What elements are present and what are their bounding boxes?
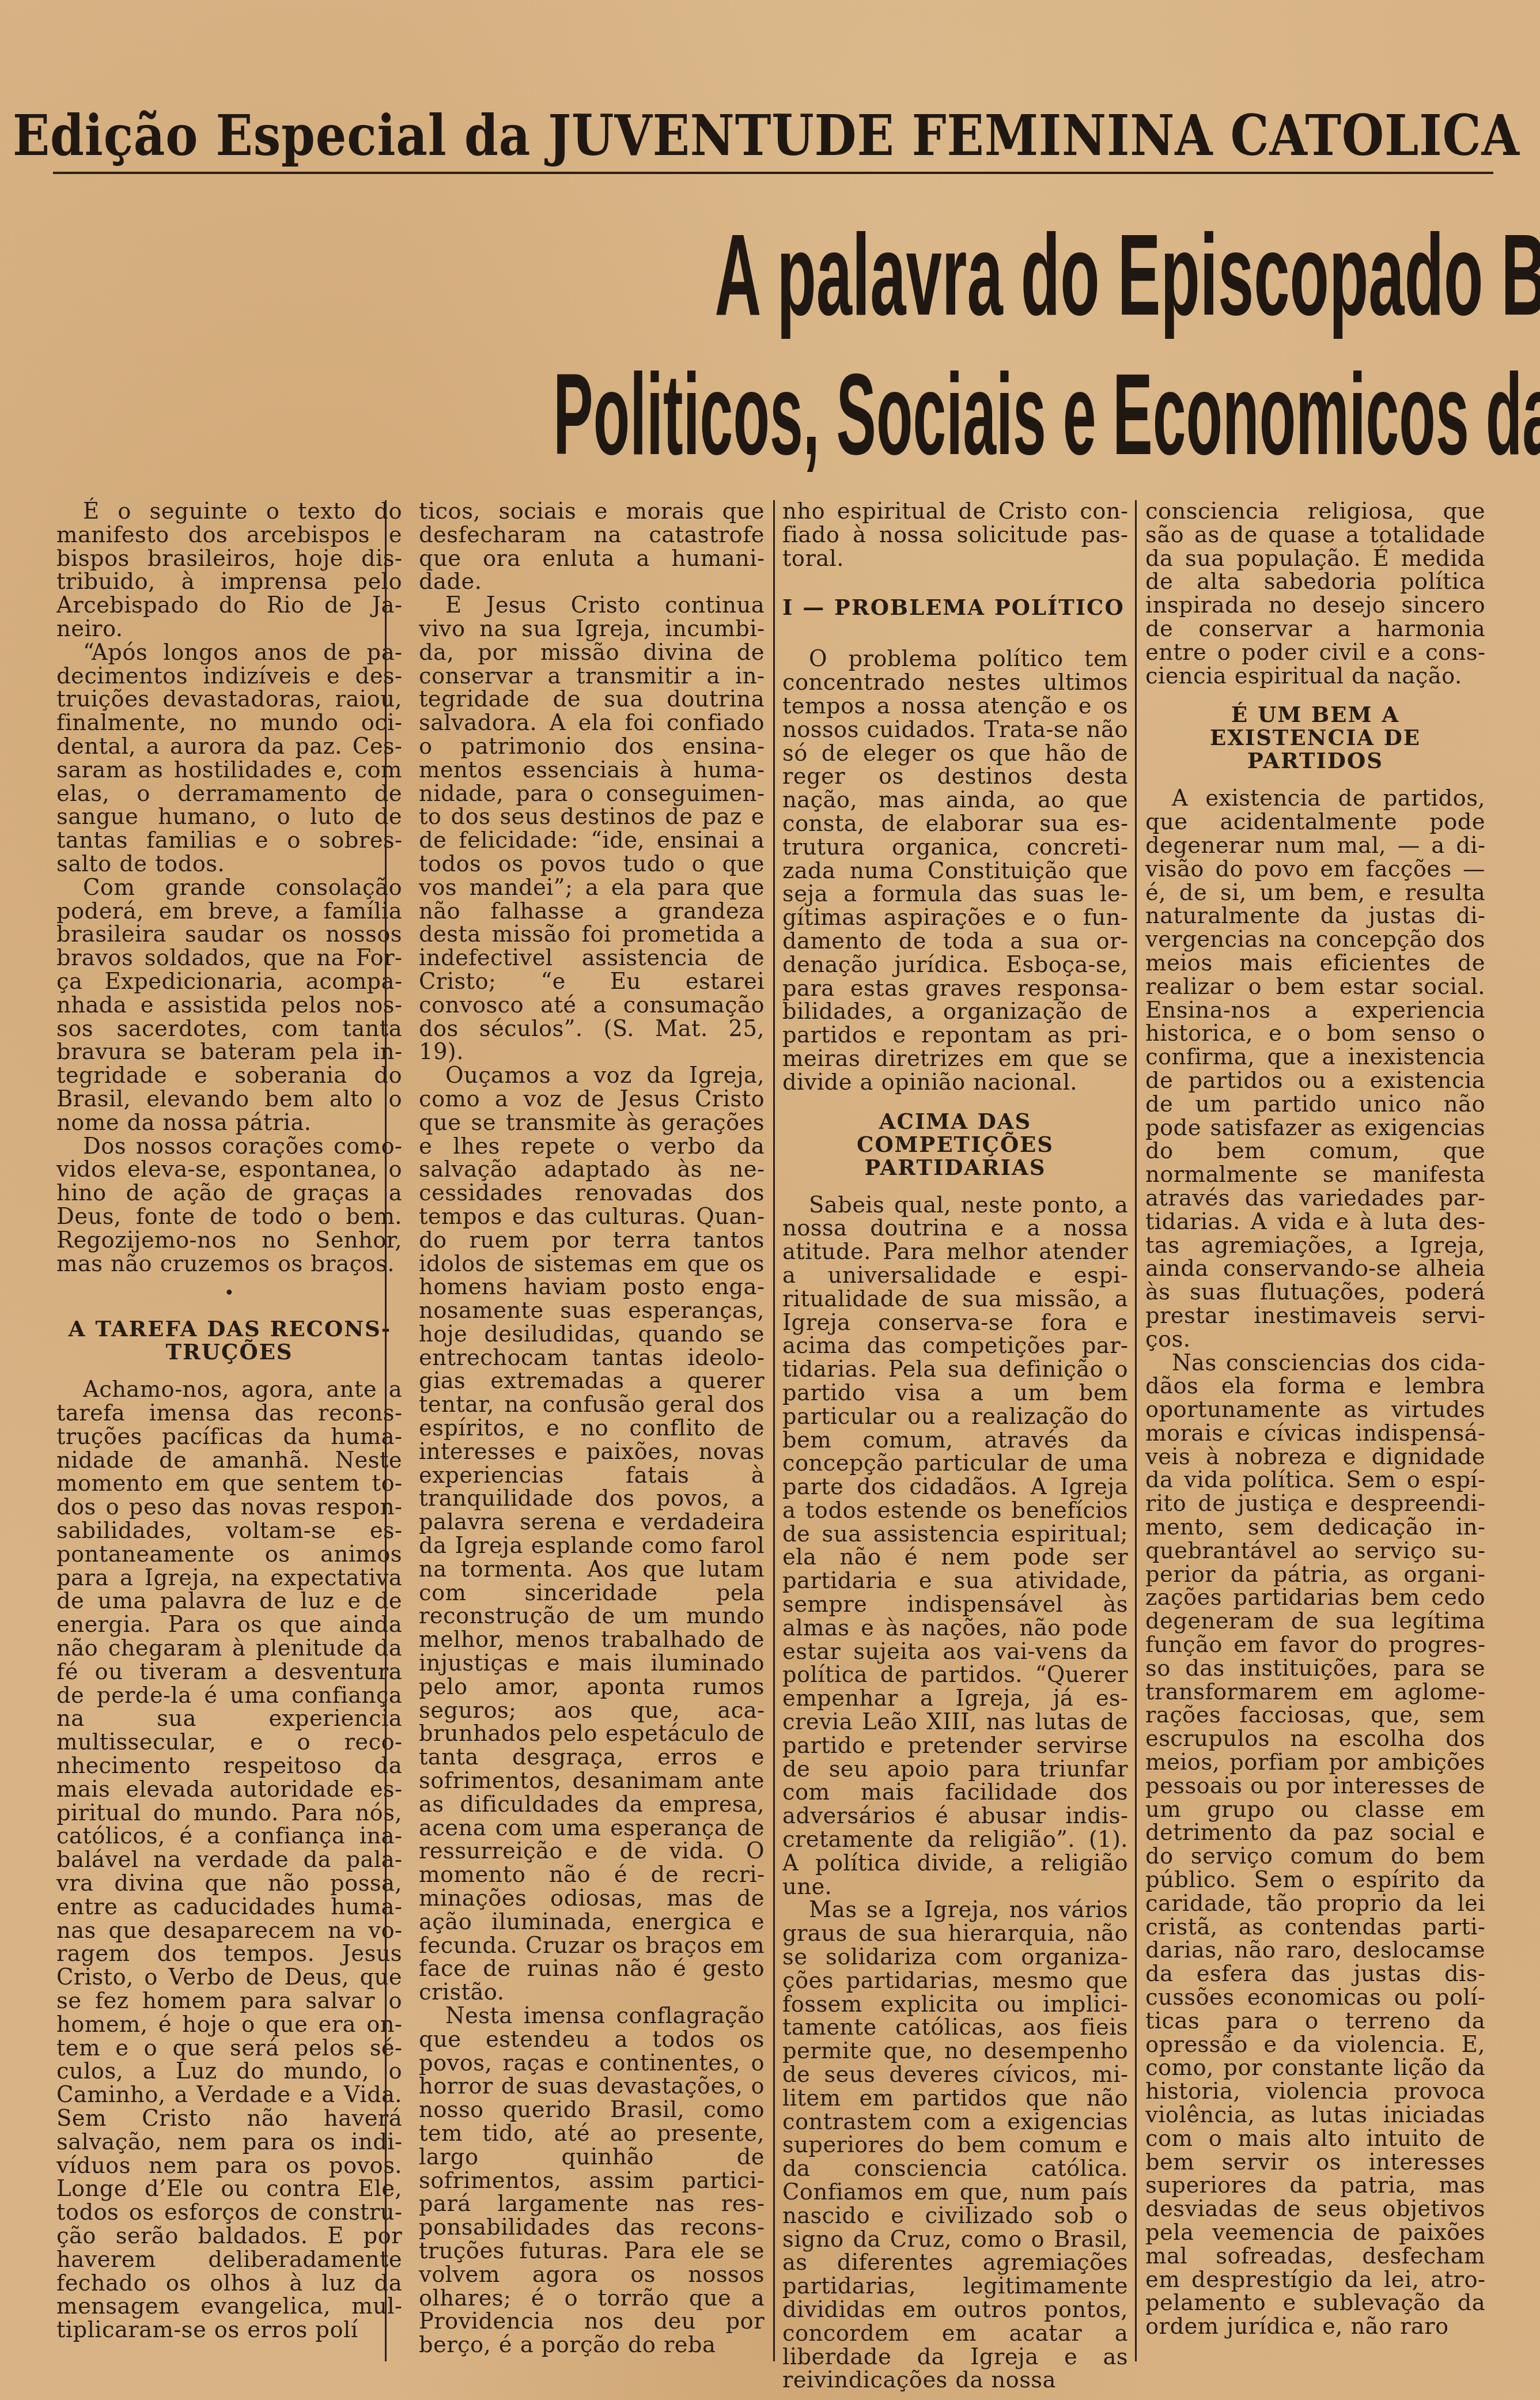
article-column-4: consciencia religiosa, que são as de qua… bbox=[1145, 500, 1485, 2384]
edition-banner-text: Edição Especial da JUVENTUDE FEMININA CA… bbox=[13, 103, 1520, 169]
paragraph: E Jesus Cristo continua vivo na sua Igre… bbox=[419, 594, 765, 1064]
headline-line-2-text: Politicos, Sociais e Economicos da Nação bbox=[553, 352, 1540, 478]
paragraph: nho espiritual de Cristo con­fiado à nos… bbox=[782, 500, 1128, 570]
section-heading: I — PROBLEMA POLÍTICO bbox=[782, 596, 1128, 619]
paragraph: Nesta imensa conflagra­ção que estendeu … bbox=[419, 2005, 765, 2357]
article-column-3: nho espiritual de Cristo con­fiado à nos… bbox=[782, 500, 1128, 2384]
paragraph: Nas consciencias dos cida­dãos ela forma… bbox=[1145, 1352, 1485, 2339]
paragraph: Com grande consolação poderá, em breve, … bbox=[56, 876, 402, 1135]
paragraph: O problema político tem concentrado nest… bbox=[782, 648, 1128, 1094]
paragraph: Achamo-nos, agora, ante a tarefa imensa … bbox=[56, 1378, 402, 2342]
article-column-1: É o seguinte o texto do manifesto dos ar… bbox=[56, 500, 402, 2384]
article-column-2: ticos, sociais e morais que desfecharam … bbox=[419, 500, 765, 2384]
column-rule bbox=[1135, 500, 1137, 2361]
paragraph: ticos, sociais e morais que desfecharam … bbox=[419, 500, 765, 594]
paragraph: “Após longos anos de pa­decimentos indiz… bbox=[56, 641, 402, 876]
section-heading: A TAREFA DAS RECONS­TRUÇÕES bbox=[56, 1317, 402, 1363]
section-heading: ACIMA DAS COMPETIÇÕES PARTIDARIAS bbox=[782, 1110, 1128, 1179]
paragraph: consciencia religiosa, que são as de qua… bbox=[1145, 500, 1485, 688]
paragraph: Sabeis qual, neste ponto, a nossa doutri… bbox=[782, 1194, 1128, 1899]
headline-line-1: A palavra do Episcopado Brasileiro em fa… bbox=[0, 212, 1540, 339]
section-divider-dot: • bbox=[56, 1285, 402, 1302]
column-rule bbox=[385, 500, 387, 2361]
paragraph: A existencia de partidos, que acidentalm… bbox=[1145, 787, 1485, 1351]
paragraph: Ouçamos a voz da Igreja, como a voz de J… bbox=[419, 1064, 765, 2005]
section-heading: É UM BEM A EXISTENCIA DE PARTIDOS bbox=[1145, 703, 1485, 772]
banner-divider bbox=[53, 172, 1493, 174]
paragraph: É o seguinte o texto do manifesto dos ar… bbox=[56, 500, 402, 641]
paragraph: Dos nossos corações como­vidos eleva-se,… bbox=[56, 1135, 402, 1276]
paragraph: Mas se a Igreja, nos vários graus de sua… bbox=[782, 1899, 1128, 2393]
edition-banner: Edição Especial da JUVENTUDE FEMININA CA… bbox=[55, 95, 1478, 176]
headline-line-1-text: A palavra do Episcopado Brasileiro em fa… bbox=[715, 212, 1540, 339]
column-rule bbox=[773, 500, 775, 2361]
headline-line-2: Politicos, Sociais e Economicos da Nação bbox=[0, 352, 1540, 478]
